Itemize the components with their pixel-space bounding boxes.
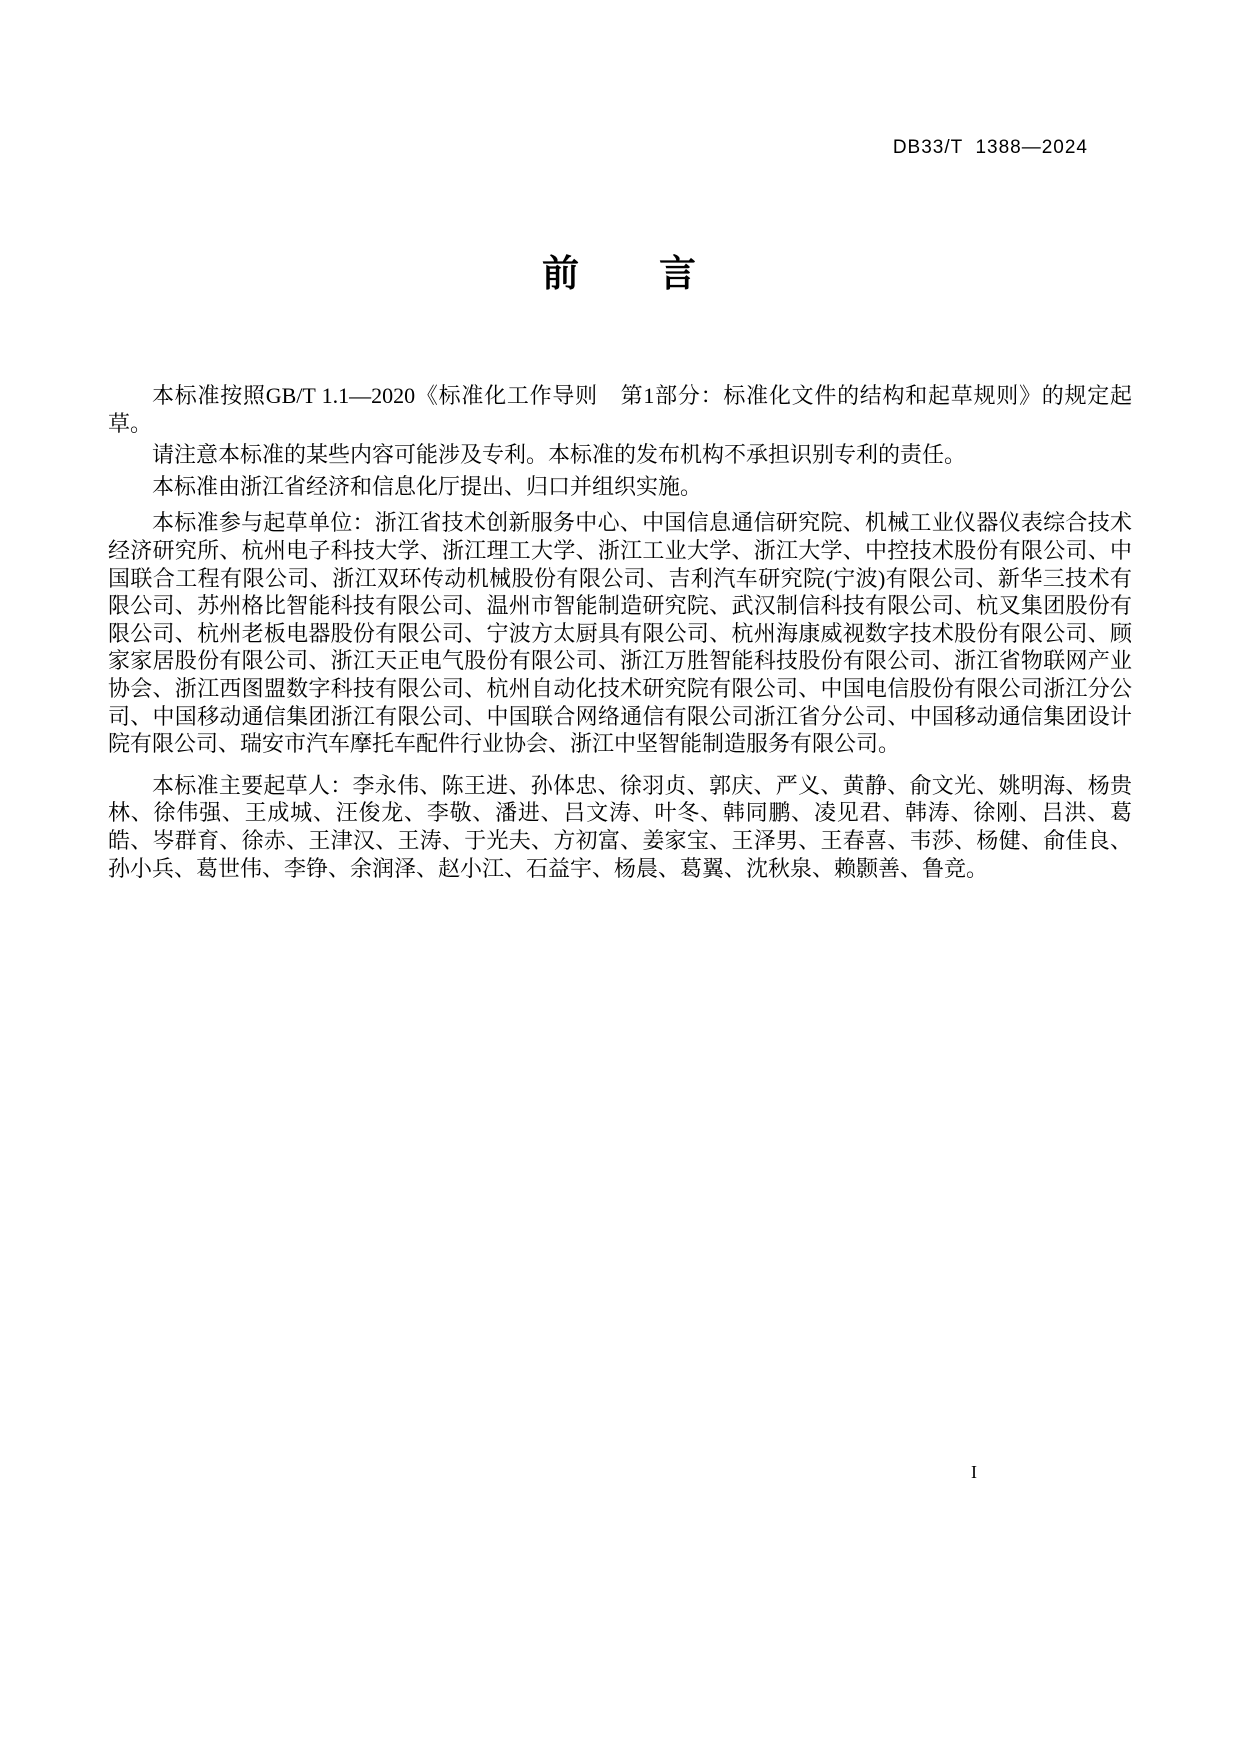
paragraph-main-drafters: 本标准主要起草人：李永伟、陈王进、孙体忠、徐羽贞、郭庆、严义、黄静、俞文光、姚明… (108, 772, 1132, 882)
paragraph-proposed-by: 本标准由浙江省经济和信息化厅提出、归口并组织实施。 (108, 473, 1132, 501)
doc-number: DB33/T 1388—2024 (893, 137, 1088, 159)
paragraph-drafting-organizations: 本标准参与起草单位：浙江省技术创新服务中心、中国信息通信研究院、机械工业仪器仪表… (108, 509, 1132, 757)
document-page: DB33/T 1388—2024 前 言 本标准按照GB/T 1.1—2020《… (0, 0, 1240, 1755)
paragraph-patent-notice: 请注意本标准的某些内容可能涉及专利。本标准的发布机构不承担识别专利的责任。 (108, 441, 1132, 469)
page-number: I (971, 1462, 977, 1483)
page-title: 前 言 (0, 243, 1240, 297)
foreword-content: 本标准按照GB/T 1.1—2020《标准化工作导则 第1部分：标准化文件的结构… (108, 382, 1132, 882)
paragraph-drafting-rules: 本标准按照GB/T 1.1—2020《标准化工作导则 第1部分：标准化文件的结构… (108, 382, 1132, 437)
